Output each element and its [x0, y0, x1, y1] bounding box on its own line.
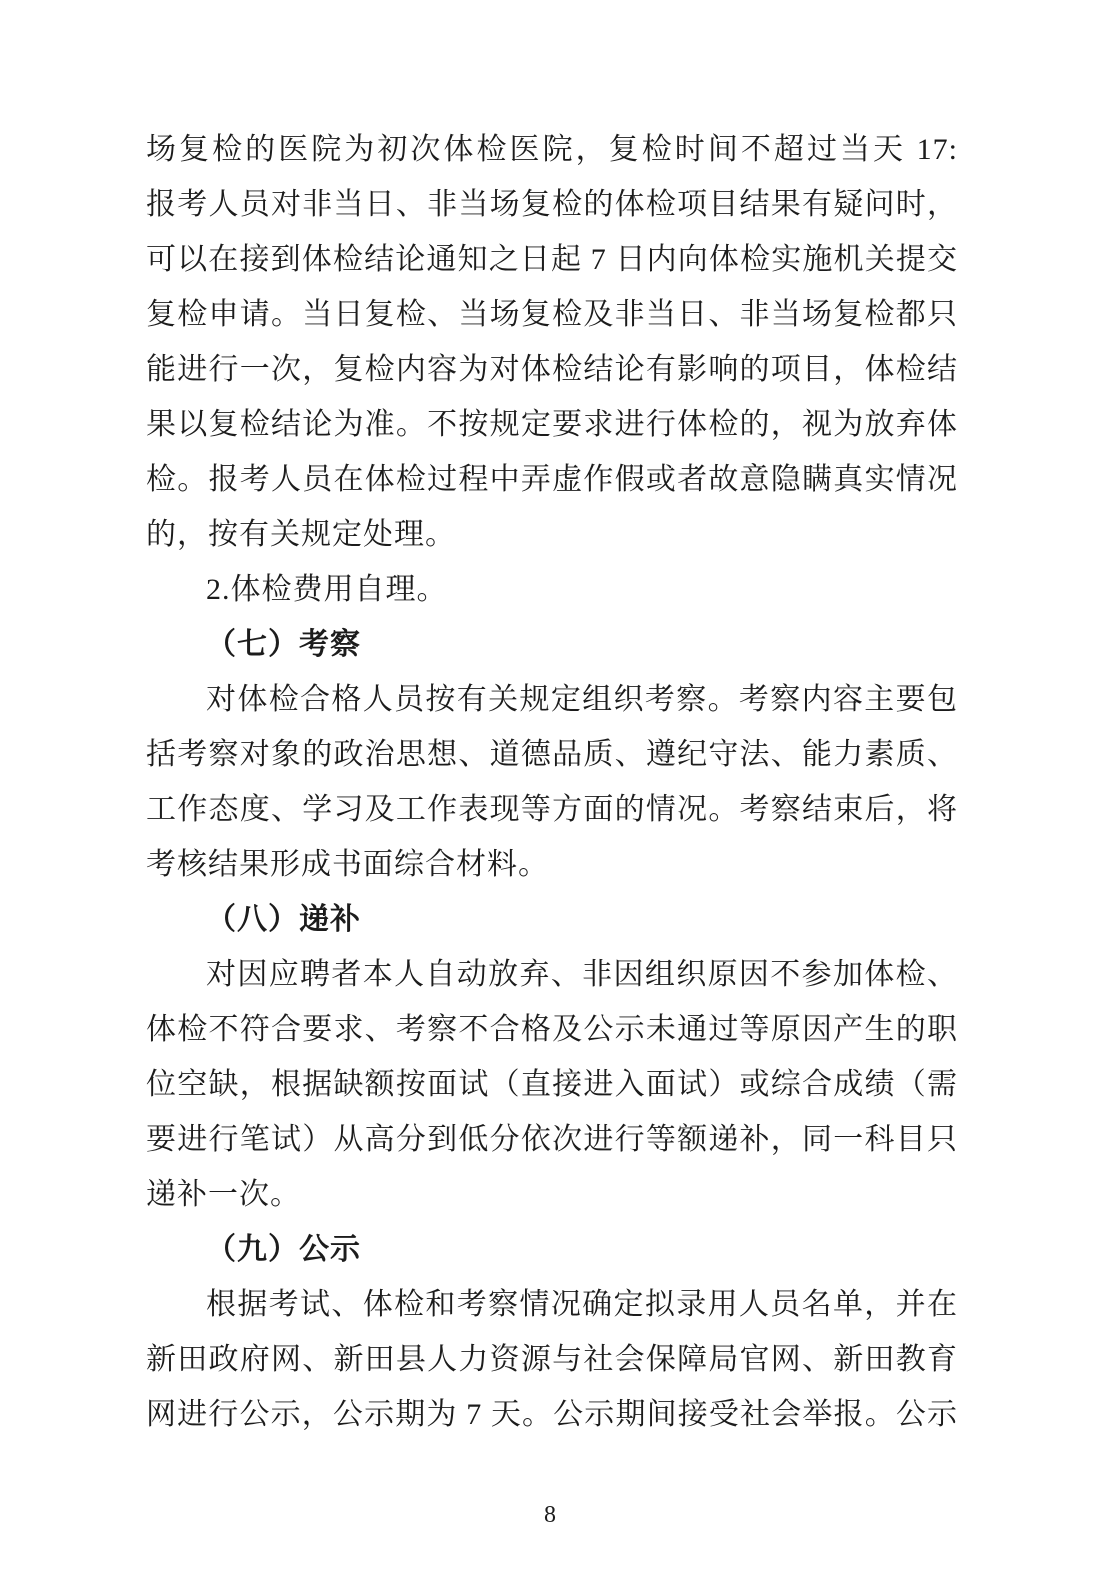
text-content: 场复检的医院为初次体检医院，复检时间不超过当天 17: 30。 报考人员对非当日… — [146, 122, 958, 1442]
text-line: 能进行一次，复检内容为对体检结论有影响的项目，体检结 — [146, 342, 958, 397]
text-line: 果以复检结论为准。不按规定要求进行体检的，视为放弃体 — [146, 397, 958, 452]
text-line: 2.体检费用自理。 — [146, 562, 958, 617]
text-line: 复检申请。当日复检、当场复检及非当日、非当场复检都只 — [146, 287, 958, 342]
text-line: 位空缺，根据缺额按面试（直接进入面试）或综合成绩（需 — [146, 1057, 958, 1112]
text-line: 要进行笔试）从高分到低分依次进行等额递补，同一科目只 — [146, 1112, 958, 1167]
text-line: 括考察对象的政治思想、道德品质、遵纪守法、能力素质、 — [146, 727, 958, 782]
text-line: 根据考试、体检和考察情况确定拟录用人员名单，并在 — [146, 1277, 958, 1332]
section-heading: （七）考察 — [146, 617, 958, 672]
section-heading: （九）公示 — [146, 1222, 958, 1277]
text-line: 新田政府网、新田县人力资源与社会保障局官网、新田教育 — [146, 1332, 958, 1387]
text-line: 对体检合格人员按有关规定组织考察。考察内容主要包 — [146, 672, 958, 727]
text-line: 网进行公示，公示期为 7 天。公示期间接受社会举报。公示 — [146, 1387, 958, 1442]
document-page: 场复检的医院为初次体检医院，复检时间不超过当天 17: 30。 报考人员对非当日… — [0, 0, 1100, 1595]
text-line: 检。报考人员在体检过程中弄虚作假或者故意隐瞒真实情况 — [146, 452, 958, 507]
text-line: 工作态度、学习及工作表现等方面的情况。考察结束后，将 — [146, 782, 958, 837]
text-line: 递补一次。 — [146, 1167, 958, 1222]
text-line: 报考人员对非当日、非当场复检的体检项目结果有疑问时， — [146, 177, 958, 232]
page-number: 8 — [0, 1497, 1100, 1533]
text-line: 体检不符合要求、考察不合格及公示未通过等原因产生的职 — [146, 1002, 958, 1057]
text-line: 场复检的医院为初次体检医院，复检时间不超过当天 17: 30。 — [146, 122, 958, 177]
text-line: 的，按有关规定处理。 — [146, 507, 958, 562]
text-line: 考核结果形成书面综合材料。 — [146, 837, 958, 892]
text-line: 对因应聘者本人自动放弃、非因组织原因不参加体检、 — [146, 947, 958, 1002]
text-line: 可以在接到体检结论通知之日起 7 日内向体检实施机关提交 — [146, 232, 958, 287]
section-heading: （八）递补 — [146, 892, 958, 947]
